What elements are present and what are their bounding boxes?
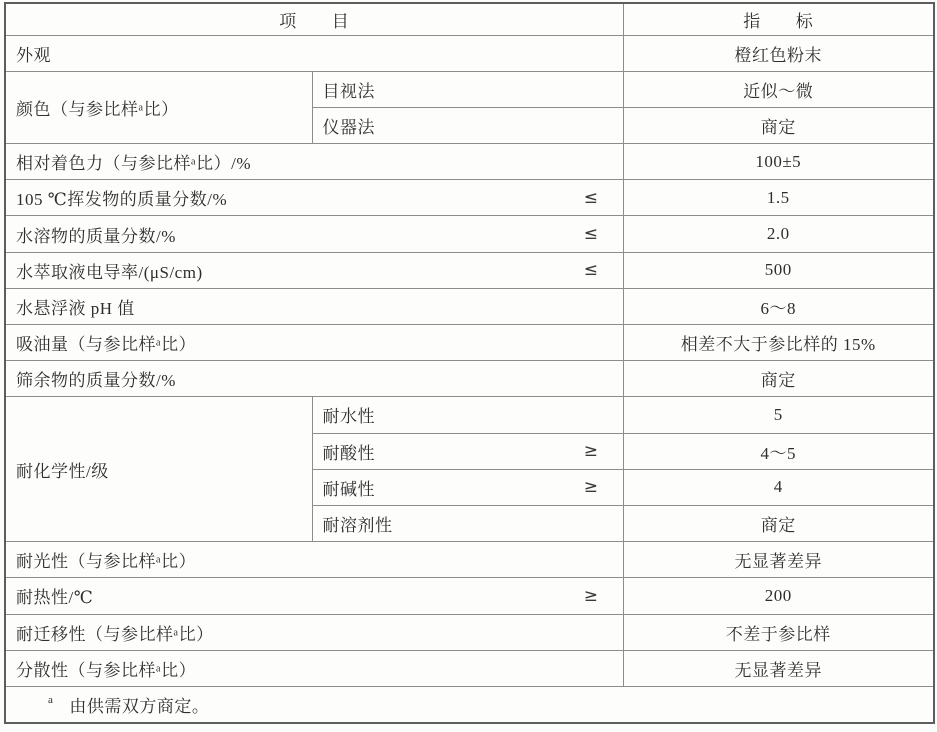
item-label: 耐酸性 [323,439,376,464]
item-cell-volatile-105: 105 ℃挥发物的质量分数/% ≤ [5,180,623,216]
footnote-row: a 由供需双方商定。 [5,686,934,723]
value-cell-ph-value: 6～8 [623,288,934,324]
item-cell-heat-resistance: 耐热性/℃ ≥ [5,578,623,614]
value-cell-alkali-resistance: 4 [623,469,934,505]
value-cell-dispersibility: 无显著差异 [623,650,934,686]
item-label: 耐热性/℃ [16,583,93,608]
value-cell-light-fastness: 无显著差异 [623,542,934,578]
header-index: 指 标 [623,3,934,35]
value-cell-water-resistance: 5 [623,397,934,433]
greater-equal-symbol: ≥ [584,441,599,461]
table-row: 外观 橙红色粉末 [5,35,934,71]
item-label: 相对着色力（与参比样ᵃ比）/% [16,149,251,174]
item-label: 水悬浮液 pH 值 [16,294,135,319]
item-cell-oil-absorption: 吸油量（与参比样ᵃ比） [5,325,623,361]
item-cell-conductivity: 水萃取液电导率/(μS/cm) ≤ [5,252,623,288]
value-cell-acid-resistance: 4～5 [623,433,934,469]
value-cell-conductivity: 500 [623,252,934,288]
item-label: 水萃取液电导率/(μS/cm) [16,258,203,283]
footnote-text: 由供需双方商定。 [69,692,209,717]
item-label: 水溶物的质量分数/% [16,222,176,247]
table-row: 水悬浮液 pH 值 6～8 [5,288,934,324]
table-row: 105 ℃挥发物的质量分数/% ≤ 1.5 [5,180,934,216]
header-item: 项 目 [5,3,623,35]
item-label: 仪器法 [323,113,376,138]
table-row: 水溶物的质量分数/% ≤ 2.0 [5,216,934,252]
table-row: 筛余物的质量分数/% 商定 [5,361,934,397]
value-cell-color-visual: 近似～微 [623,71,934,107]
value-cell-solvent-resistance: 商定 [623,505,934,541]
item-label: 吸油量（与参比样ᵃ比） [16,330,196,355]
item-label: 外观 [16,41,51,66]
table-row: 耐光性（与参比样ᵃ比） 无显著差异 [5,542,934,578]
value-cell-water-soluble: 2.0 [623,216,934,252]
less-equal-symbol: ≤ [584,260,599,280]
value-cell-sieve-residue: 商定 [623,361,934,397]
subitem-cell-solvent-resistance: 耐溶剂性 [312,505,623,541]
subitem-cell-color-visual: 目视法 [312,71,623,107]
item-label: 耐碱性 [323,475,376,500]
item-cell-color-group: 颜色（与参比样ᵃ比） [5,71,312,143]
item-cell-dispersibility: 分散性（与参比样ᵃ比） [5,650,623,686]
item-cell-tinting-strength: 相对着色力（与参比样ᵃ比）/% [5,144,623,180]
table-header-row: 项 目 指 标 [5,3,934,35]
item-cell-sieve-residue: 筛余物的质量分数/% [5,361,623,397]
subitem-cell-water-resistance: 耐水性 [312,397,623,433]
value-cell-volatile-105: 1.5 [623,180,934,216]
value-cell-heat-resistance: 200 [623,578,934,614]
footnote-cell: a 由供需双方商定。 [5,686,934,723]
value-cell-appearance: 橙红色粉末 [623,35,934,71]
value-cell-migration-resistance: 不差于参比样 [623,614,934,650]
item-label: 筛余物的质量分数/% [16,366,176,391]
item-cell-appearance: 外观 [5,35,623,71]
item-label: 分散性（与参比样ᵃ比） [16,656,196,681]
item-cell-chemical-group: 耐化学性/级 [5,397,312,542]
table-row: 相对着色力（与参比样ᵃ比）/% 100±5 [5,144,934,180]
item-cell-ph-value: 水悬浮液 pH 值 [5,288,623,324]
value-cell-color-instrument: 商定 [623,107,934,143]
item-cell-water-soluble: 水溶物的质量分数/% ≤ [5,216,623,252]
greater-equal-symbol: ≥ [584,586,599,606]
item-label: 耐迁移性（与参比样ᵃ比） [16,620,214,645]
table-row: 耐化学性/级 耐水性 5 [5,397,934,433]
item-cell-light-fastness: 耐光性（与参比样ᵃ比） [5,542,623,578]
footnote-marker: a [48,694,53,706]
table-row: 颜色（与参比样ᵃ比） 目视法 近似～微 [5,71,934,107]
table-row: 耐热性/℃ ≥ 200 [5,578,934,614]
item-label: 耐水性 [323,402,376,427]
subitem-cell-acid-resistance: 耐酸性 ≥ [312,433,623,469]
table-row: 耐迁移性（与参比样ᵃ比） 不差于参比样 [5,614,934,650]
subitem-cell-color-instrument: 仪器法 [312,107,623,143]
item-label: 耐光性（与参比样ᵃ比） [16,547,196,572]
less-equal-symbol: ≤ [584,224,599,244]
item-cell-migration-resistance: 耐迁移性（与参比样ᵃ比） [5,614,623,650]
greater-equal-symbol: ≥ [584,477,599,497]
table-row: 水萃取液电导率/(μS/cm) ≤ 500 [5,252,934,288]
subitem-cell-alkali-resistance: 耐碱性 ≥ [312,469,623,505]
table-row: 吸油量（与参比样ᵃ比） 相差不大于参比样的 15% [5,325,934,361]
item-label: 105 ℃挥发物的质量分数/% [16,185,227,210]
item-label: 耐溶剂性 [323,511,393,536]
value-cell-oil-absorption: 相差不大于参比样的 15% [623,325,934,361]
less-equal-symbol: ≤ [584,188,599,208]
table-row: 分散性（与参比样ᵃ比） 无显著差异 [5,650,934,686]
item-label: 目视法 [323,77,376,102]
value-cell-tinting-strength: 100±5 [623,144,934,180]
spec-table: 项 目 指 标 外观 橙红色粉末 颜色（与参比样ᵃ比） 目视法 近似～微 仪器法… [4,2,935,724]
